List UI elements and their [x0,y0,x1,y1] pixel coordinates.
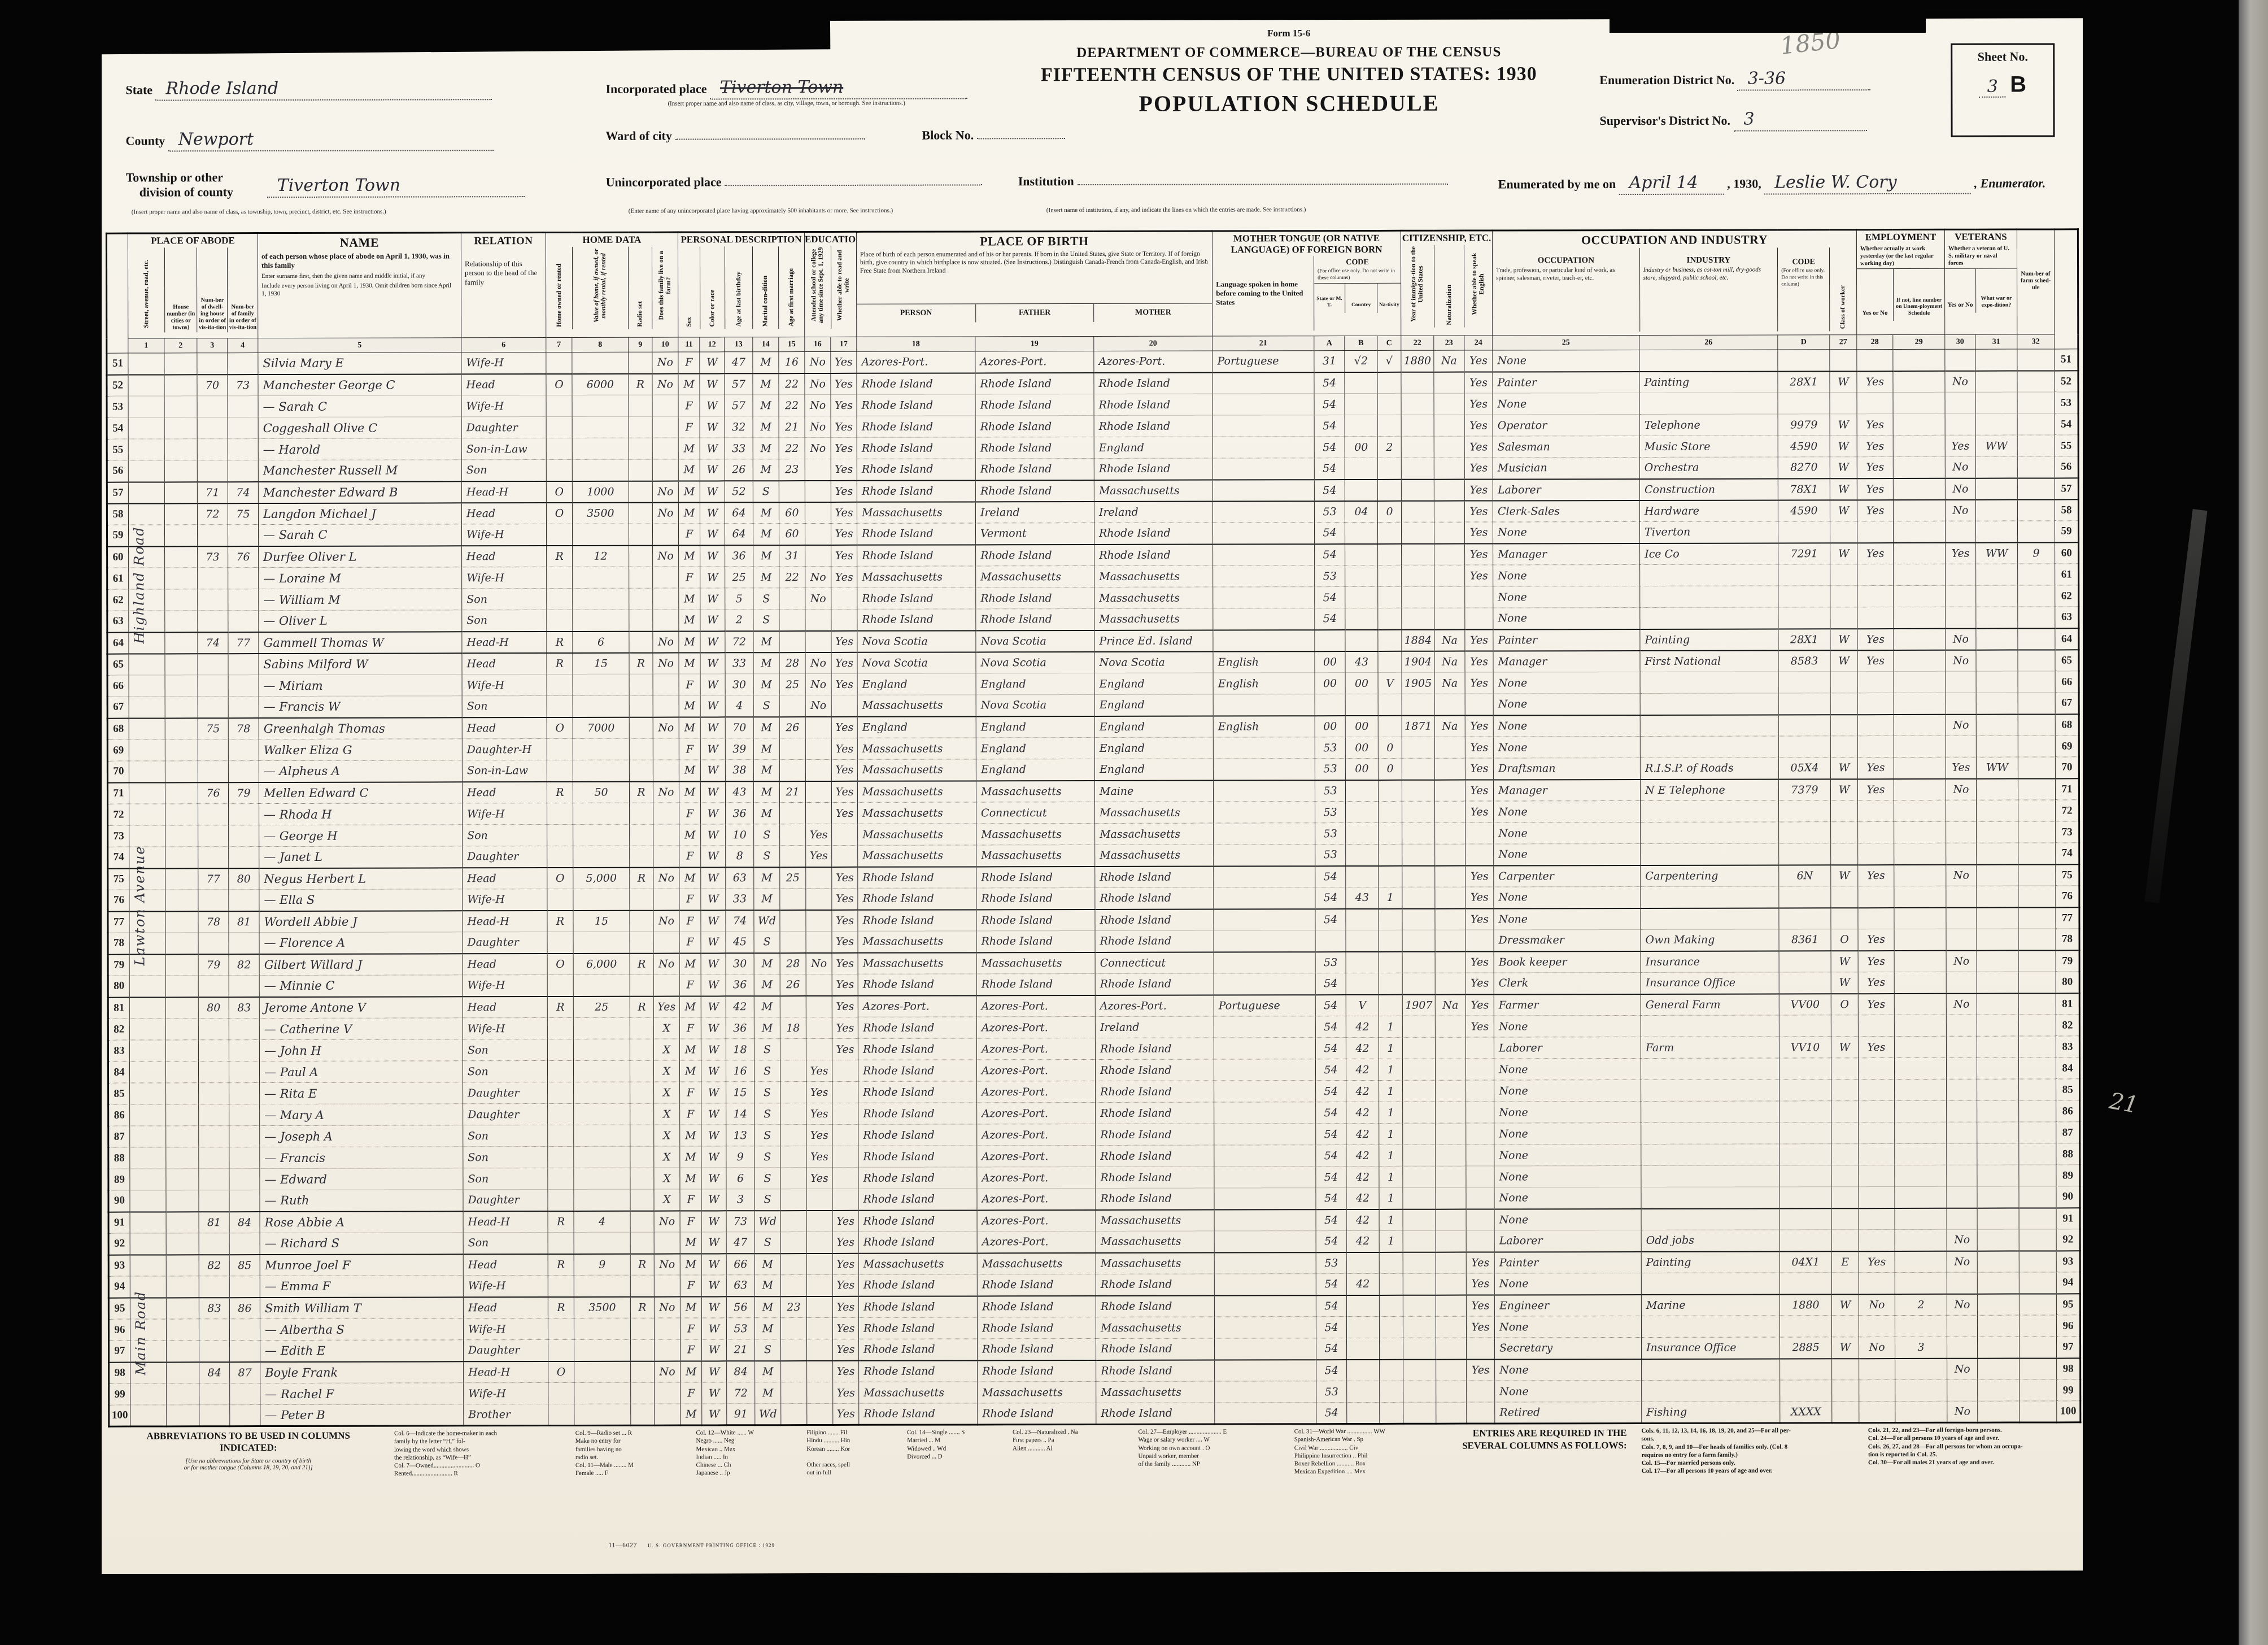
cell-name: Wordell Abbie J [259,911,463,933]
cell-fs [2018,1015,2056,1036]
cell-vw [1977,1272,2019,1294]
cell-hn [165,1040,198,1061]
cell-rel: Son [461,460,546,481]
cell-hn [165,654,198,675]
cell-rel: Head [463,1297,548,1318]
cell-cc: 1 [1379,1059,1403,1080]
cell-wk: W [1830,478,1857,500]
cell-oc: None [1493,607,1640,629]
cell-pp: Rhode Island [859,1403,978,1425]
line-number: 99 [109,1383,130,1405]
cell-im [1403,1209,1436,1230]
cell-ms: M [753,781,779,803]
cell-cr: W [701,803,726,824]
cell-sx: M [681,1404,702,1425]
column-number: 18 [857,337,975,351]
line-number: 78 [108,933,129,954]
line-number-column-header [106,233,128,353]
column-number: 1 [128,338,164,353]
cell-rel: Head-H [463,911,547,932]
cell-ey [1859,1359,1895,1380]
cell-sx: M [680,1232,701,1254]
cell-dw: 84 [199,1362,230,1383]
cell-wk [1830,715,1857,736]
cell-oc: None [1494,1101,1641,1123]
cell-fa [652,438,678,459]
cell-vt [1945,349,1975,371]
footer-abbreviations: ABBREVIATIONS TO BE USED IN COLUMNS INDI… [117,1426,2060,1478]
cell-own [547,803,573,824]
cell-hn [165,933,198,954]
cell-rd [629,695,653,717]
cell-rw: Yes [831,673,857,695]
cell-fs [2018,886,2056,907]
cell-vt [1947,1186,1977,1208]
cell-oc: None [1495,1359,1642,1381]
cell-pp: Rhode Island [857,609,976,630]
institution-field: Institution [1018,173,1448,189]
abbrev-title: ABBREVIATIONS TO BE USED IN COLUMNS INDI… [117,1430,380,1454]
cell-rd [629,588,653,610]
cell-in: Insurance [1641,951,1779,973]
cell-cr: W [701,953,726,974]
cell-im: 1871 [1402,715,1434,737]
cell-fs [2018,628,2055,650]
cell-im [1401,372,1434,393]
column-number: 29 [1893,334,1945,349]
cell-ag: 36 [726,803,754,824]
cell-rd [629,610,653,631]
line-number-right: 81 [2056,993,2079,1015]
cell-im [1403,1230,1436,1252]
cell-wk: W [1831,972,1858,994]
cell-rd [631,1382,655,1404]
cell-wk: W [1830,457,1857,478]
cell-rd [629,674,653,695]
cell-lg [1214,1124,1316,1145]
cell-pf: Rhode Island [976,587,1094,608]
cell-pm: Rhode Island [1095,930,1214,952]
cell-im [1401,479,1434,501]
cell-cr: W [700,395,725,416]
cell-fs [2020,1337,2057,1358]
cell-en: Yes [1464,501,1493,522]
cell-cr: W [701,1125,726,1146]
cell-lg [1214,973,1315,995]
cell-na [1434,393,1464,415]
cell-cr: W [701,1103,726,1125]
cell-am: 21 [779,781,805,803]
enumerated-field: Enumerated by me on April 14 , 1930, Les… [1498,172,2046,195]
cell-vt: No [1947,1358,1978,1379]
cell-fa: No [653,652,679,674]
cell-rd [630,1060,653,1082]
cell-ey [1859,1380,1895,1402]
cell-wk: W [1830,414,1857,436]
cell-fa: No [653,781,679,803]
cell-cb [1346,865,1379,887]
cell-na [1436,1166,1466,1187]
cell-rw [832,1060,858,1081]
cell-ca: 54 [1315,587,1345,608]
cell-hn [164,439,197,460]
cell-am [780,1125,806,1146]
cell-ms: Wd [755,1404,781,1425]
cell-val [574,1232,630,1254]
cell-oc: None [1494,1208,1641,1230]
cell-fm: 87 [230,1362,260,1383]
cell-name: — Rachel F [260,1383,464,1405]
cell-sx: M [680,1254,701,1275]
cell-wk [1830,736,1857,758]
cell-pf: Azores-Port. [977,1145,1096,1167]
cell-own: O [548,1361,574,1382]
line-number-right: 59 [2055,521,2079,542]
cell-hn [165,675,198,697]
cell-pf: Rhode Island [976,866,1095,887]
cell-pf: Rhode Island [978,1360,1096,1381]
cell-pm: Rhode Island [1094,394,1212,415]
cell-rw: Yes [833,1360,859,1382]
cell-sc [807,1339,833,1360]
column-number: 5 [258,338,461,353]
cell-rd [629,438,652,459]
cell-pm: Massachusetts [1094,480,1212,501]
cell-pf: Rhode Island [977,1317,1096,1338]
cell-un [1895,1379,1947,1401]
cell-sc [806,1253,832,1274]
cell-en: Yes [1464,436,1493,458]
line-number: 64 [107,632,129,654]
cell-ms: M [753,674,779,695]
cell-rd [629,738,653,760]
line-number: 100 [109,1405,130,1426]
cell-im [1402,780,1434,801]
cell-in: Own Making [1641,929,1779,951]
cell-fm [228,396,258,417]
unincorporated-field: Unincorporated place [606,174,982,189]
cell-oc: None [1494,822,1641,844]
cell-sc [805,781,831,802]
cell-un [1894,929,1946,950]
cell-vw [1976,607,2018,628]
cell-val: 6000 [572,373,629,395]
cell-in [1640,715,1778,737]
cell-am [780,824,806,846]
cell-dw [197,353,228,375]
cell-im [1403,1080,1436,1102]
cell-pf: Massachusetts [976,823,1095,845]
cell-rd [630,910,653,932]
cell-sx: M [679,695,700,717]
cell-ms: M [754,974,780,996]
cell-ag: 13 [726,1125,754,1146]
cell-dw [198,847,229,868]
abbrev-col12a: Col. 12—White ...... W Negro ...... Neg … [696,1429,792,1477]
cell-rw: Yes [831,351,857,373]
cell-rw [832,824,858,845]
cell-fs [2020,1358,2057,1379]
cell-oc: Manager [1493,779,1640,801]
cell-own: O [546,481,572,502]
cell-cc [1378,694,1402,715]
line-number: 92 [108,1233,130,1255]
cell-cb [1345,372,1377,393]
cell-fm [228,739,259,761]
cell-ag: 91 [727,1404,755,1425]
abbrev-col27: Col. 27—Employer ..................... E… [1138,1428,1279,1468]
cell-pp: Massachusetts [857,781,976,802]
cell-own [547,1039,573,1060]
cell-pp: Rhode Island [857,416,975,437]
cell-name: — Ruth [260,1190,463,1212]
cell-fm: 85 [229,1255,260,1276]
cell-cc [1380,1402,1403,1424]
cell-fm: 81 [229,911,259,933]
cell-en: Yes [1465,629,1493,651]
cell-ey [1857,715,1894,736]
cell-cd [1779,822,1831,843]
cell-pp: Nova Scotia [857,652,976,673]
cell-rd [630,974,653,996]
cell-pm: Rhode Island [1095,866,1214,887]
cell-hn [166,1298,199,1319]
cell-pp: Massachusetts [857,759,976,781]
cell-fs [2017,499,2055,521]
cell-ms: M [753,416,779,438]
place-of-abode-group: PLACE OF ABODE Street, avenue, road, etc… [128,233,258,338]
cell-val: 15 [573,652,629,674]
cell-fm [229,1169,260,1190]
line-number: 88 [108,1147,130,1169]
cell-vw: WW [1975,435,2017,456]
cell-sc [806,1189,832,1210]
cell-ca: 54 [1314,458,1345,480]
cell-pf: Azores-Port. [975,351,1094,372]
cell-fa [654,1275,680,1296]
cell-pp: Massachusetts [858,931,976,952]
entries-right: Cols. 21, 22, and 23—For all foreign-bor… [1868,1426,2060,1466]
cell-in [1640,564,1778,586]
cell-ag: 47 [725,352,753,373]
cell-fm [229,825,259,847]
cell-am: 26 [779,717,805,738]
cell-ag: 74 [726,910,754,932]
cell-rd [630,1103,654,1125]
cell-hn [165,868,198,890]
cell-name: Manchester Edward B [258,481,461,503]
cell-dw [198,1061,229,1083]
cell-am: 25 [780,867,806,889]
cell-sc: No [806,952,832,974]
cell-wk [1832,1359,1859,1380]
cell-cd: 04X1 [1779,1251,1831,1273]
cell-sx: M [681,1361,702,1382]
cell-name: Langdon Michael J [258,503,461,525]
cell-in [1641,1165,1779,1187]
cell-hn [166,1319,199,1341]
cell-cd: VV10 [1779,1037,1831,1058]
line-number: 60 [107,546,129,568]
cell-cb [1345,694,1378,715]
sheet-value: 3 [1979,77,2006,98]
cell-fa: No [653,953,679,974]
cell-sc [807,1403,833,1425]
cell-un [1894,693,1946,714]
cell-na [1436,1381,1467,1402]
cell-na [1435,951,1466,973]
cell-cb: 42 [1346,1037,1379,1059]
cell-vw [1977,1015,2018,1036]
cell-cb: 42 [1346,1102,1379,1123]
cell-ey [1857,693,1894,715]
cell-pp: Rhode Island [857,459,975,480]
cell-cr: W [701,1017,726,1039]
cell-in [1640,586,1778,608]
cell-cc: 1 [1379,1187,1403,1209]
cell-pm: Massachusetts [1096,1381,1215,1403]
cell-ag: 16 [726,1060,754,1082]
cell-cc: 1 [1379,1123,1403,1144]
cell-wk: W [1832,1337,1859,1359]
cell-name: — George H [259,825,463,847]
cell-name: — Ella S [259,889,463,911]
cell-oc: None [1494,1144,1641,1166]
cell-am [780,1254,806,1275]
cell-oc: None [1494,843,1641,865]
cell-pf: Rhode Island [975,415,1094,437]
line-number-right: 78 [2056,929,2079,950]
cell-im [1402,930,1435,951]
cell-wk [1831,1058,1859,1080]
column-number: 30 [1945,334,1975,349]
cell-cb: 43 [1345,651,1378,672]
cell-ca: 00 [1315,651,1345,673]
cell-ey: Yes [1858,865,1894,886]
cell-cb: 42 [1346,1273,1379,1295]
cell-oc: Painter [1493,371,1639,393]
cell-im [1403,1402,1436,1424]
cell-sx: M [680,1125,701,1146]
cell-vw [1976,778,2018,800]
cell-wk [1832,1402,1859,1423]
dwelling-number-label: Num-ber of dwell-ing house in order of v… [197,247,227,332]
line-number-right: 77 [2056,907,2079,929]
cell-rel: Head [461,503,546,524]
cell-cd: 28X1 [1778,629,1830,650]
cell-in [1641,1080,1779,1102]
cell-vt: No [1946,650,1976,671]
cell-vt [1947,1272,1977,1294]
cell-own [546,352,572,373]
cell-ag: 45 [726,932,754,953]
cell-pp: Massachusetts [858,802,976,824]
cell-pf: Rhode Island [976,608,1094,630]
cell-pf: Rhode Island [975,480,1094,501]
cell-rel: Son [462,610,547,632]
class-of-worker-label: Class of worker [1839,243,1847,331]
cell-hn [166,1083,199,1104]
cell-im [1402,586,1434,608]
cell-own [546,438,572,459]
cell-pm: Rhode Island [1095,1038,1214,1059]
cell-un [1895,1143,1947,1165]
cell-rw: Yes [831,394,857,416]
cell-fa: No [653,631,679,652]
cell-lg: English [1213,651,1315,673]
cell-na [1434,372,1464,393]
cell-lg [1213,759,1315,780]
cell-lg [1212,415,1314,437]
cell-fa [653,738,679,760]
cell-rel: Daughter [461,417,546,438]
cell-val [574,1125,630,1146]
cell-cd: VV00 [1779,994,1831,1015]
cell-rw: Yes [832,1296,858,1317]
cell-rd [629,481,652,502]
cell-un [1894,886,1946,907]
line-number: 85 [108,1083,130,1104]
cell-vw [1975,392,2017,414]
cell-oc: Laborer [1493,478,1639,501]
cell-im [1402,887,1435,908]
abbrev-col23: Col. 23—Naturalized . Na First papers ..… [1013,1428,1124,1452]
cell-am [780,846,806,867]
ed-value: 3-36 [1738,68,1871,90]
cell-in: Construction [1639,478,1778,501]
line-number-right: 84 [2056,1057,2080,1079]
cell-rd [630,1211,654,1232]
cell-pp: Rhode Island [859,1339,978,1360]
cell-sx: F [678,416,700,438]
cell-fm [228,654,259,675]
cell-rd [629,717,653,738]
cell-cd: 8270 [1778,457,1830,478]
cell-own [548,1275,574,1296]
cell-own [546,459,572,481]
cell-ca: 53 [1314,501,1345,523]
cell-en: Yes [1464,372,1493,393]
cell-ag: 30 [726,953,754,974]
cell-am [781,1339,807,1361]
cell-na [1434,737,1465,758]
cell-rd [630,1318,654,1339]
cell-na [1434,436,1464,458]
cell-vw [1977,1079,2019,1100]
cell-dw [197,417,228,439]
cell-oc: None [1494,1058,1641,1080]
cell-rd [629,502,652,524]
cell-am [780,1082,806,1103]
cell-am [781,1361,807,1382]
enumerated-year: , 1930, [1727,177,1761,191]
cell-rd [630,824,653,846]
cell-pp: Rhode Island [857,523,976,545]
cell-fs [2017,435,2055,456]
cell-pf: Azores-Port. [977,1231,1096,1252]
cell-sx: M [679,652,700,674]
cell-cd [1779,843,1831,865]
cell-am [779,610,805,631]
line-number-right: 74 [2056,843,2079,864]
cell-oc: Laborer [1494,1037,1641,1059]
cell-hn [165,847,198,868]
cell-pm: Connecticut [1095,952,1214,973]
cell-fm [229,1126,260,1147]
cell-wk: W [1830,758,1857,779]
cell-ag: 73 [726,1211,754,1232]
cell-st [130,1383,167,1405]
